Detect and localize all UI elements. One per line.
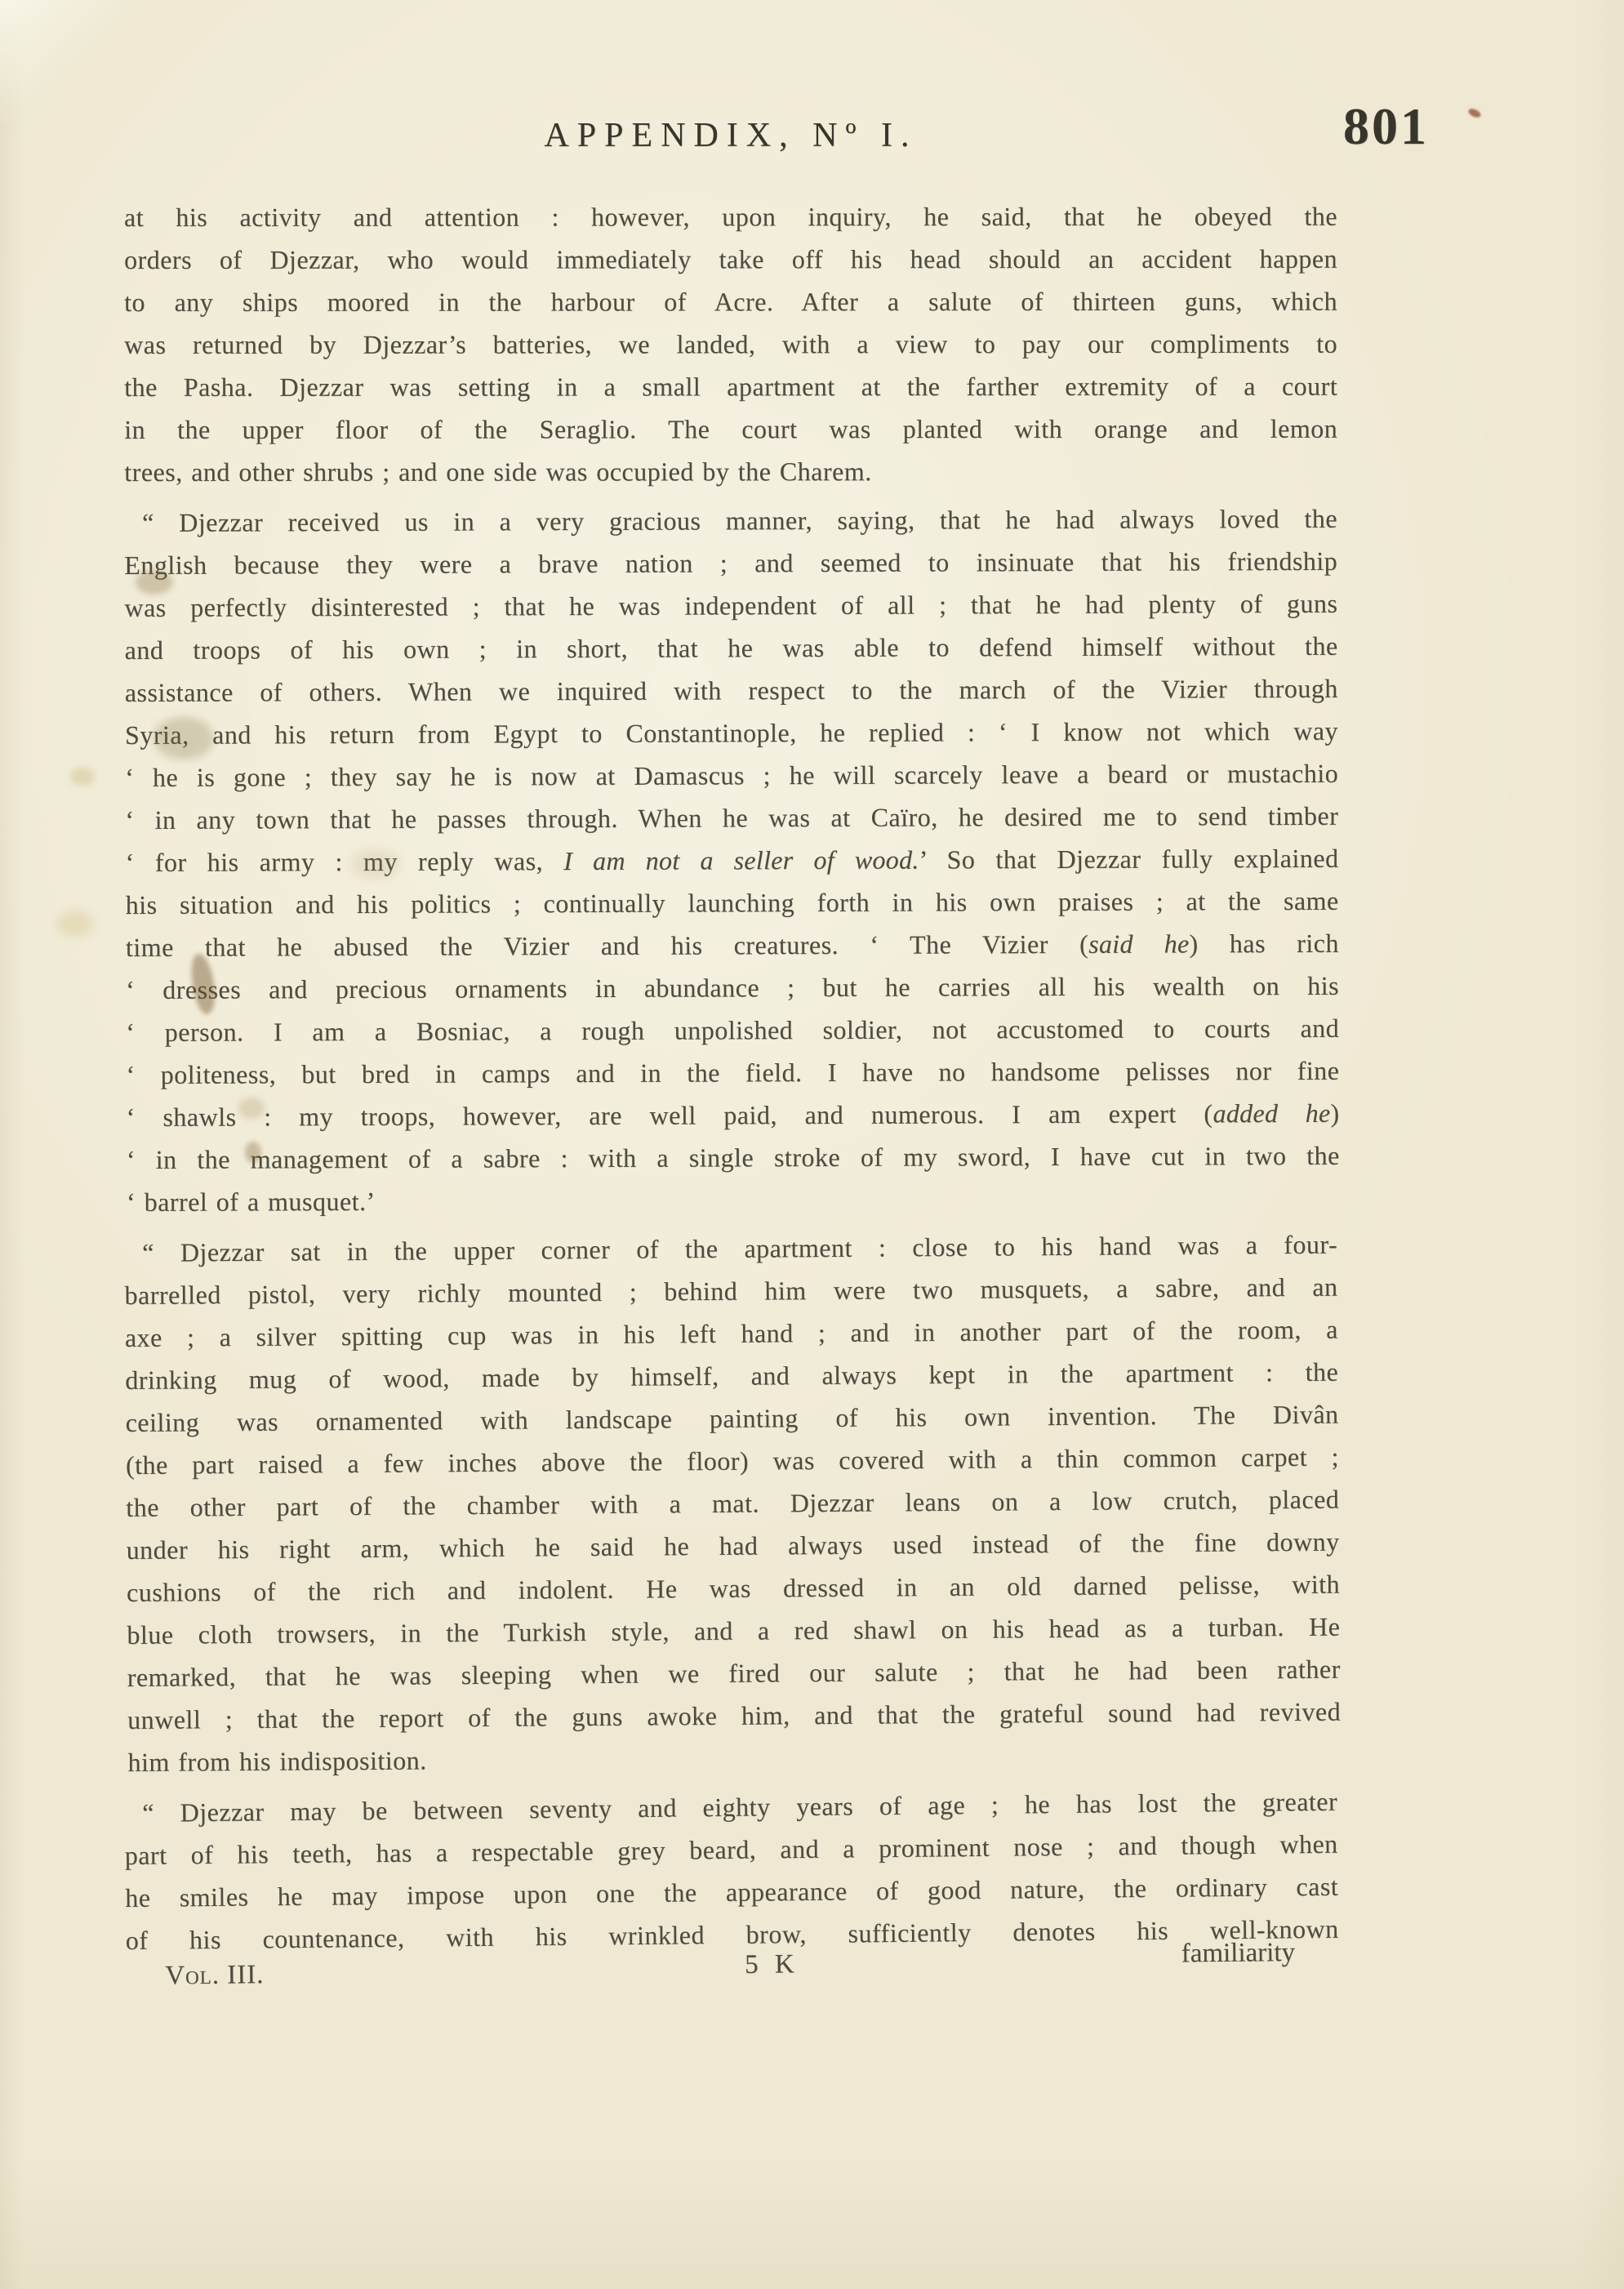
text-line: orders of Djezzar, who would immediately… — [124, 238, 1337, 281]
page-body: at his activity and attention : however,… — [124, 196, 1337, 1962]
text-line: and troops of his own ; in short, that h… — [125, 625, 1338, 671]
text-line: was perfectly disinterested ; that he wa… — [124, 582, 1337, 629]
text-line: at his activity and attention : however,… — [124, 195, 1337, 238]
book-page-scan: APPENDIX, Nº I. 801 at his activity and … — [0, 0, 1624, 2289]
paper-stain — [57, 911, 93, 937]
text-line: “ Djezzar received us in a very gracious… — [124, 497, 1337, 544]
paragraph-2: “ Djezzar received us in a very gracious… — [124, 497, 1340, 1223]
text-line: Syria, and his return from Egypt to Cons… — [125, 710, 1338, 756]
text-line: to any ships moored in the harbour of Ac… — [124, 280, 1337, 323]
text-line: ‘ he is gone ; they say he is now at Dam… — [125, 752, 1338, 799]
text-line: the Pasha. Djezzar was setting in a smal… — [124, 365, 1337, 408]
text-line: ‘ for his army : my reply was, I am not … — [125, 837, 1338, 884]
text-line: trees, and other shrubs ; and one side w… — [124, 450, 1337, 493]
text-line: unwell ; that the report of the guns awo… — [127, 1690, 1341, 1741]
text-line: time that he abused the Vizier and his c… — [126, 922, 1339, 969]
text-line: was returned by Djezzar’s batteries, we … — [124, 323, 1337, 366]
text-line: in the upper floor of the Seraglio. The … — [124, 407, 1337, 451]
page-number: 801 — [1343, 96, 1429, 157]
text-line: English because they were a brave nation… — [124, 540, 1337, 586]
volume-label: Vol. III. — [165, 1960, 265, 1991]
paper-stain — [1467, 107, 1482, 119]
paragraph-1: at his activity and attention : however,… — [124, 195, 1337, 493]
text-line: ‘ shawls : my troops, however, are well … — [127, 1092, 1340, 1138]
text-line: ‘ in the management of a sabre : with a … — [127, 1134, 1340, 1181]
text-line: his situation and his politics ; continu… — [126, 880, 1339, 926]
paper-stain — [70, 768, 95, 786]
text-line: ‘ dresses and precious ornaments in abun… — [126, 964, 1339, 1011]
paragraph-4: “ Djezzar may be between seventy and eig… — [124, 1780, 1339, 1962]
text-line: him from his indisposition. — [127, 1733, 1341, 1784]
paragraph-3: “ Djezzar sat in the upper corner of the… — [124, 1223, 1341, 1784]
text-line: ‘ barrel of a musquet.’ — [127, 1177, 1340, 1223]
text-line: assistance of others. When we inquired w… — [125, 667, 1338, 714]
page-title: APPENDIX, Nº I. — [124, 116, 1337, 155]
signature-mark: 5 K — [745, 1949, 799, 1980]
text-line: ‘ person. I am a Bosniac, a rough unpoli… — [126, 1007, 1339, 1053]
text-line: ‘ politeness, but bred in camps and in t… — [126, 1049, 1339, 1096]
text-line: ‘ in any town that he passes through. Wh… — [125, 795, 1338, 841]
catchword: familiarity — [1181, 1938, 1296, 1969]
